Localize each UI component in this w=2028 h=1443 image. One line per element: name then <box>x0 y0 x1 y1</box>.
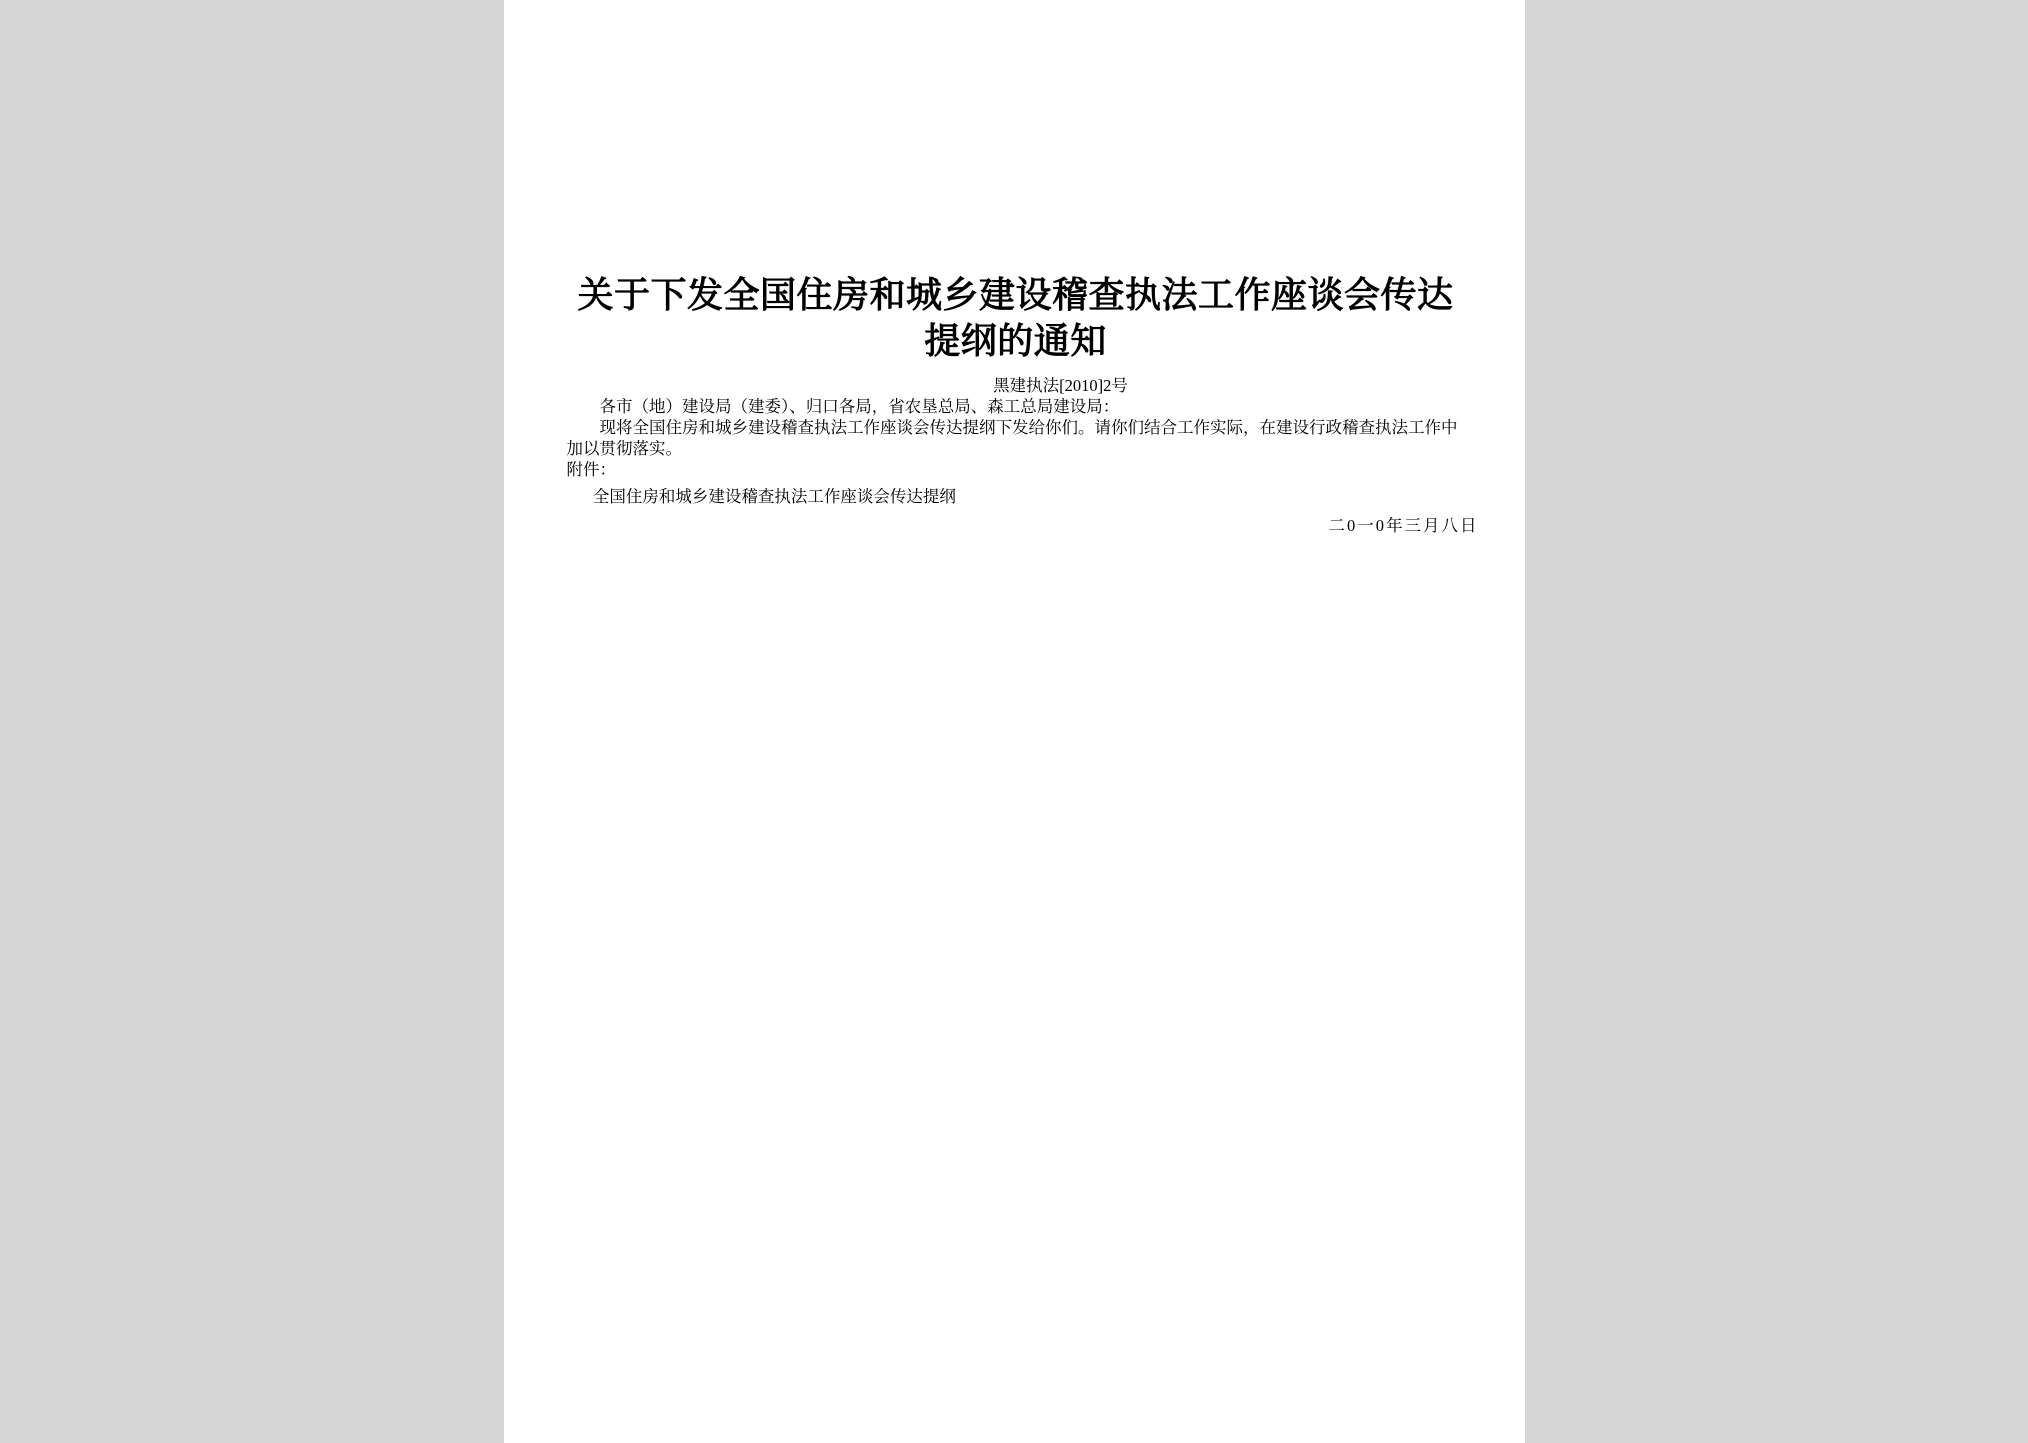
salutation-line: 各市（地）建设局（建委）、归口各局，省农垦总局、森工总局建设局： <box>567 396 1465 417</box>
document-number: 黑建执法[2010]2号 <box>567 375 1465 396</box>
attachment-title: 全国住房和城乡建设稽查执法工作座谈会传达提纲 <box>567 486 1465 507</box>
attachment-label: 附件： <box>567 459 1465 480</box>
document-page: 关于下发全国住房和城乡建设稽查执法工作座谈会传达 提纲的通知 黑建执法[2010… <box>504 0 1525 1443</box>
document-date: 二0一0年三月八日 <box>567 515 1479 536</box>
title-line-1: 关于下发全国住房和城乡建设稽查执法工作座谈会传达 <box>567 272 1465 318</box>
title-line-2: 提纲的通知 <box>567 318 1465 364</box>
body-paragraph: 现将全国住房和城乡建设稽查执法工作座谈会传达提纲下发给你们。请你们结合工作实际，… <box>567 417 1465 459</box>
document-title: 关于下发全国住房和城乡建设稽查执法工作座谈会传达 提纲的通知 <box>567 272 1465 364</box>
screenshot-background: { "colors": { "background": "#d6d6d6", "… <box>0 0 2028 1443</box>
